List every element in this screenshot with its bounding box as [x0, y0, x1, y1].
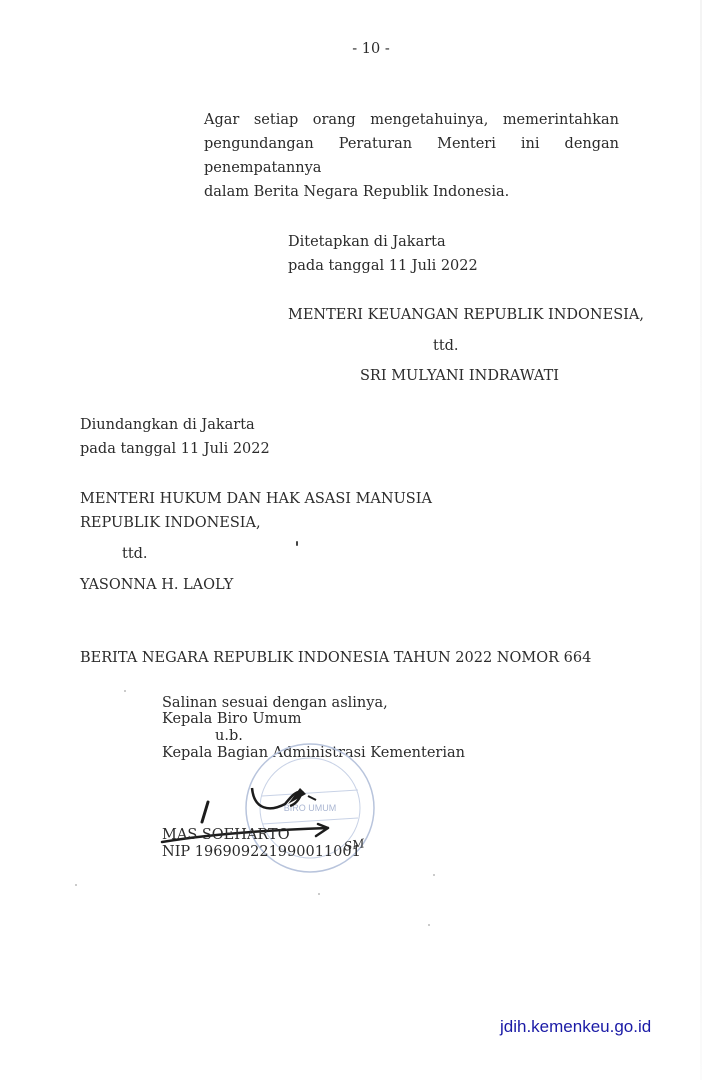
cert-line-2: Kepala Biro Umum [162, 711, 301, 728]
enactment-office: MENTERI KEUANGAN REPUBLIK INDONESIA, [288, 306, 644, 324]
promulgation-place: Diundangkan di Jakarta [80, 416, 255, 434]
enactment-signed: ttd. [433, 337, 459, 355]
paragraph-line-3: dalam Berita Negara Republik Indonesia. [204, 180, 619, 204]
certifier-initials: SM [343, 834, 366, 855]
cert-line-1: Salinan sesuai dengan aslinya, [162, 695, 388, 712]
word: Agar [204, 108, 239, 132]
scan-speck [75, 884, 77, 886]
promulgation-name: YASONNA H. LAOLY [80, 576, 233, 594]
scan-edge [700, 0, 702, 1080]
gazette-number: BERITA NEGARA REPUBLIK INDONESIA TAHUN 2… [80, 649, 591, 667]
scan-speck [428, 924, 430, 926]
word: memerintahkan [503, 108, 619, 132]
page-number: - 10 - [0, 40, 706, 58]
cert-line-3: u.b. [215, 728, 243, 745]
certifier-name: MAS SOEHARTO [162, 827, 290, 844]
scan-speck [318, 893, 320, 895]
enactment-place: Ditetapkan di Jakarta [288, 233, 446, 251]
scan-speck [124, 690, 126, 692]
word: setiap [254, 108, 298, 132]
jdih-website-link[interactable]: jdih.kemenkeu.go.id [500, 1017, 651, 1037]
enactment-name: SRI MULYANI INDRAWATI [360, 367, 559, 385]
closing-paragraph: Agar setiap orang mengetahuinya, memerin… [204, 108, 619, 204]
promulgation-office-2: REPUBLIK INDONESIA, [80, 514, 261, 532]
promulgation-office-1: MENTERI HUKUM DAN HAK ASASI MANUSIA [80, 490, 432, 508]
paragraph-line-1: Agar setiap orang mengetahuinya, memerin… [204, 108, 619, 132]
scan-speck [296, 541, 298, 546]
promulgation-signed: ttd. [122, 545, 148, 563]
paragraph-line-2: pengundangan Peraturan Menteri ini denga… [204, 132, 619, 180]
word: mengetahuinya, [370, 108, 488, 132]
certifier-nip: NIP 196909221990011001 [162, 844, 361, 861]
enactment-date: pada tanggal 11 Juli 2022 [288, 257, 478, 275]
promulgation-date: pada tanggal 11 Juli 2022 [80, 440, 270, 458]
word: orang [313, 108, 356, 132]
scan-speck [433, 874, 435, 876]
